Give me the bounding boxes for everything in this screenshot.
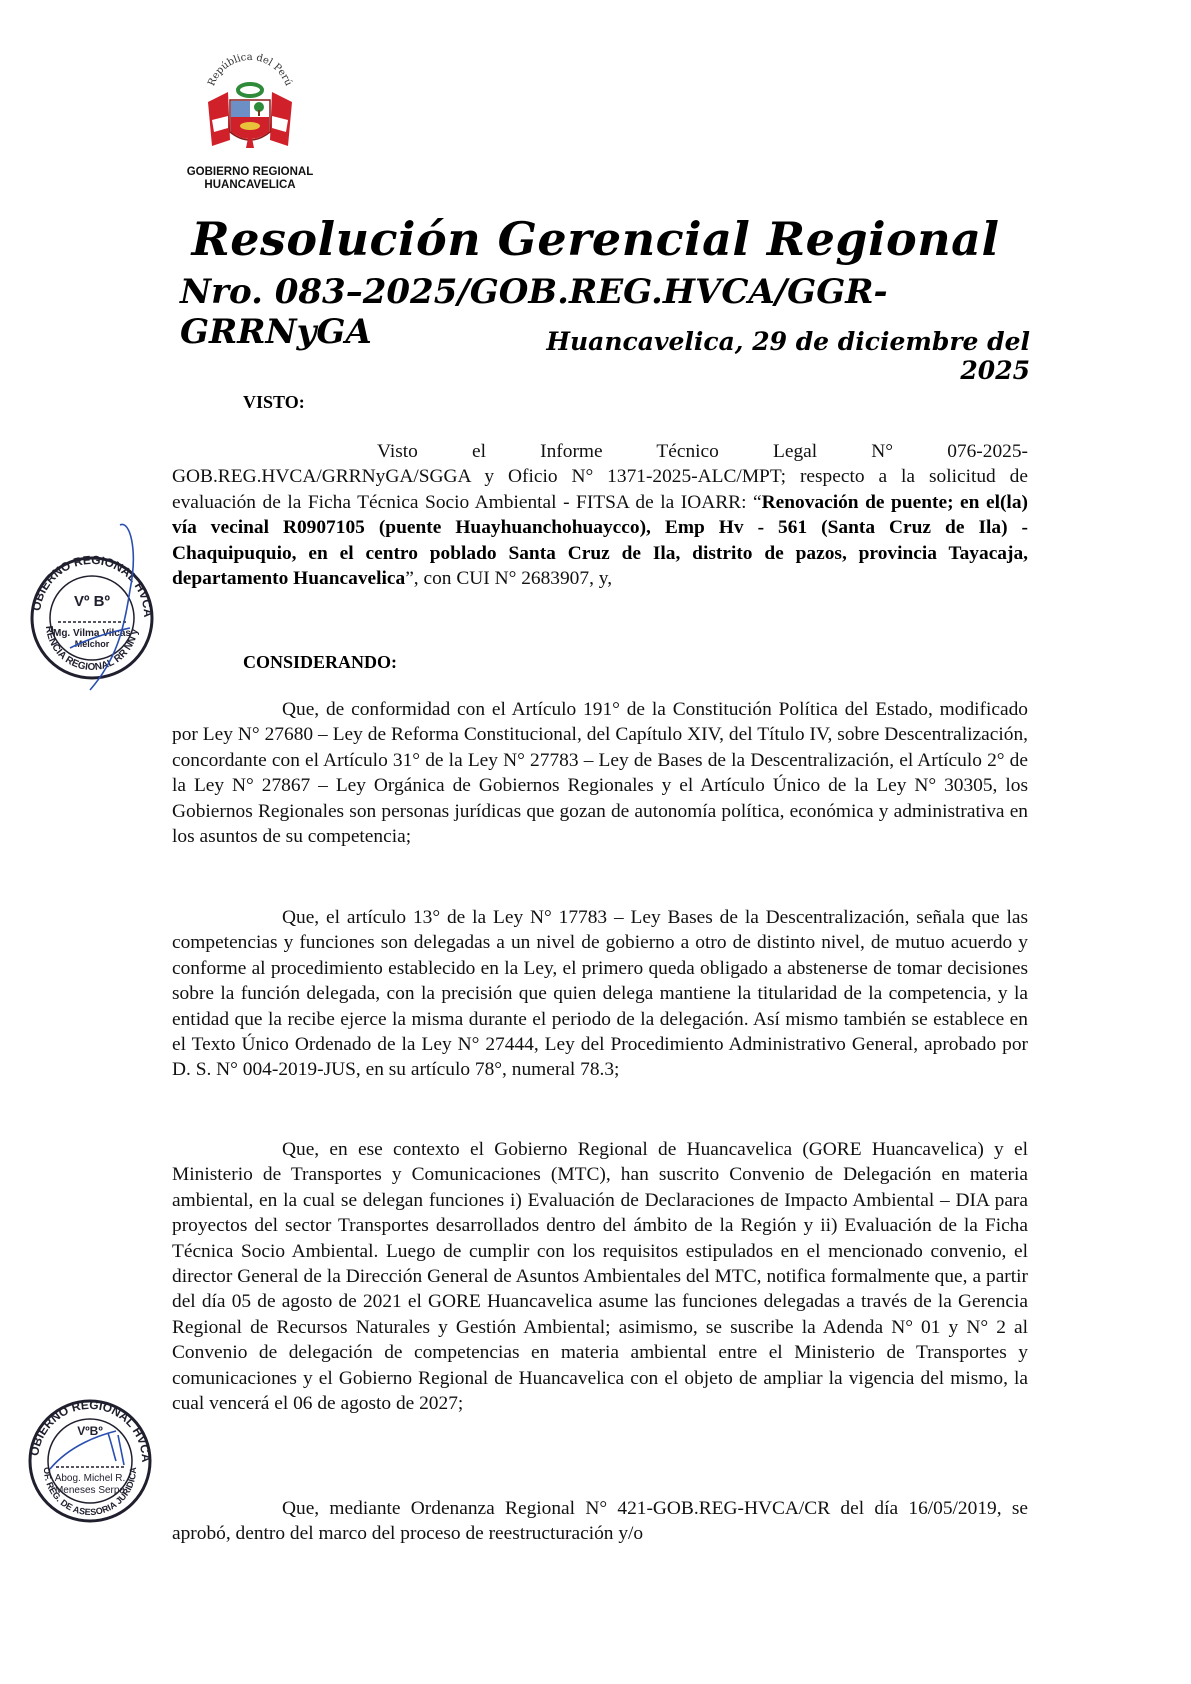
considerando-paragraph-3: Que, en ese contexto el Gobierno Regiona… bbox=[172, 1137, 1028, 1416]
document-title: Resolución Gerencial Regional bbox=[0, 212, 1191, 266]
visto-cui: ”, con CUI N° 2683907, y, bbox=[405, 568, 612, 589]
considerando-text-1: Que, de conformidad con el Artículo 191°… bbox=[172, 699, 1028, 847]
considerando-paragraph-1: Que, de conformidad con el Artículo 191°… bbox=[172, 697, 1028, 849]
organization-line1: GOBIERNO REGIONAL bbox=[170, 166, 330, 179]
organization-name: GOBIERNO REGIONAL HUANCAVELICA bbox=[170, 166, 330, 192]
considerando-paragraph-4: Que, mediante Ordenanza Regional N° 421-… bbox=[172, 1496, 1028, 1547]
considerando-text-2: Que, el artículo 13° de la Ley N° 17783 … bbox=[172, 907, 1028, 1080]
considerando-heading: CONSIDERANDO: bbox=[243, 652, 397, 673]
organization-line2: HUANCAVELICA bbox=[170, 179, 330, 192]
considerando-text-4: Que, mediante Ordenanza Regional N° 421-… bbox=[172, 1498, 1028, 1544]
document-page: República del Perú GOBIERNO REGIONAL HUA… bbox=[0, 0, 1191, 1684]
considerando-text-3: Que, en ese contexto el Gobierno Regiona… bbox=[172, 1139, 1028, 1414]
approval-stamp-gerencia: GOBIERNO REGIONAL HVCA. GERENCIA REGIONA… bbox=[20, 520, 160, 700]
considerando-paragraph-2: Que, el artículo 13° de la Ley N° 17783 … bbox=[172, 905, 1028, 1083]
logo-block: República del Perú GOBIERNO REGIONAL HUA… bbox=[170, 40, 330, 192]
place-date: Huancavelica, 29 de diciembre del 2025 bbox=[470, 327, 1030, 385]
svg-text:Abog. Michel R.: Abog. Michel R. bbox=[55, 1473, 126, 1484]
approval-stamp-asesoria: GOBIERNO REGIONAL HVCA. OF. REG. DE ASES… bbox=[20, 1395, 160, 1525]
coat-of-arms-icon: República del Perú bbox=[190, 40, 310, 160]
visto-paragraph: Visto el Informe Técnico Legal N° 076-20… bbox=[172, 439, 1028, 591]
svg-text:Vº Bº: Vº Bº bbox=[74, 593, 110, 610]
visto-heading: VISTO: bbox=[243, 392, 305, 413]
svg-text:Meneses Serpa: Meneses Serpa bbox=[55, 1485, 125, 1496]
